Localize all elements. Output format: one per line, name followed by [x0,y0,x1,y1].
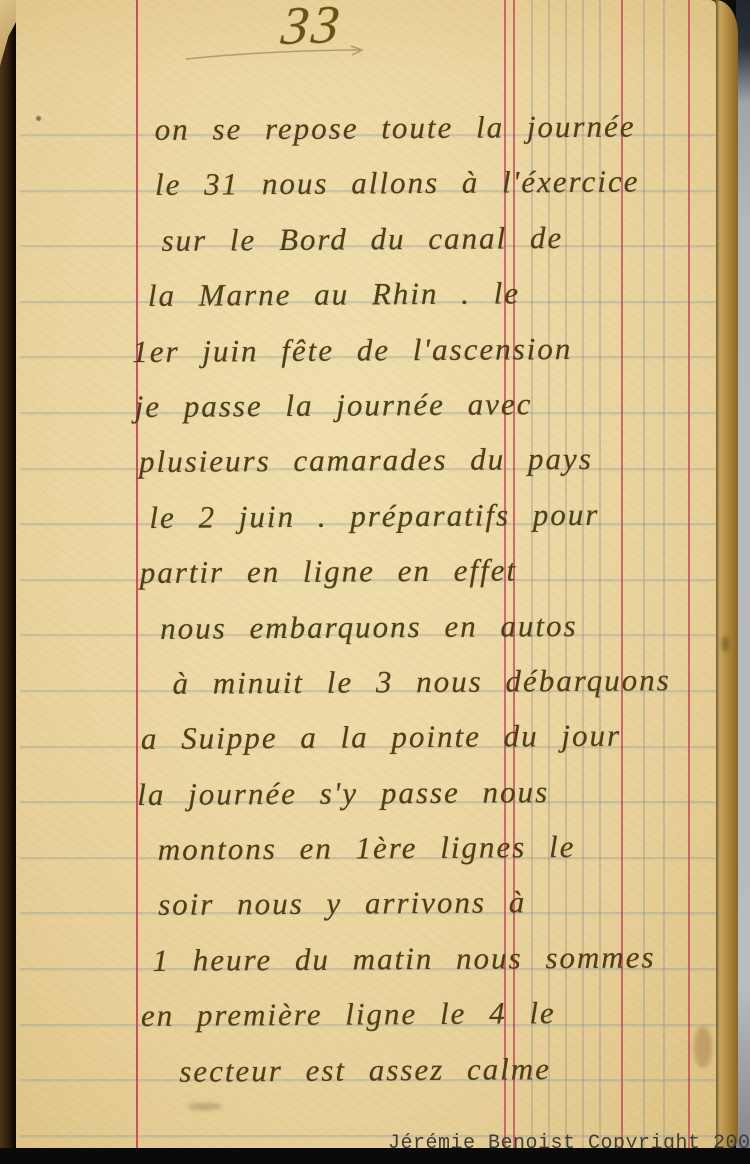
handwritten-line: le 2 juin . préparatifs pour [149,486,709,545]
handwritten-line: on se repose toute la journée [155,98,707,157]
handwritten-line: la journée s'y passe nous [137,763,711,822]
paper-speck [36,116,41,121]
handwritten-line: en première ligne le 4 le [141,984,713,1043]
handwritten-line: 1er juin fête de l'ascension [132,320,708,379]
handwritten-line: soir nous y arrivons à [158,874,712,933]
paper-smudge [188,1103,222,1110]
handwritten-line: secteur est assez calme [179,1040,713,1099]
handwritten-line: à minuit le 3 nous débarquons [172,652,710,711]
handwritten-line: nous embarquons en autos [160,597,710,656]
handwritten-line: je passe la journée avec [134,375,708,434]
handwritten-line: la Marne au Rhin . le [148,264,708,323]
handwritten-line: sur le Bord du canal de [161,209,707,268]
handwritten-line: plusieurs camarades du pays [139,430,709,489]
handwritten-line: le 31 nous allons à l'éxercice [155,153,707,212]
handwritten-line: 1 heure du matin nous sommes [152,929,712,988]
handwritten-line: montons en 1ère lignes le [158,818,712,877]
binding-edge [0,0,17,1150]
red-rule-line [136,0,138,1148]
handwritten-line: a Suippe a la pointe du jour [141,707,711,766]
notebook-page-scan: 33 on se repose toute la journée le 31 n… [0,0,750,1164]
handwritten-text-block: on se repose toute la journée le 31 nous… [147,98,714,1099]
handwritten-line: partir en ligne en effet [140,541,710,600]
scan-bottom-edge [0,1148,750,1164]
page-number: 33 [279,0,346,57]
scanner-background [736,0,750,1150]
edge-fleck [722,636,729,652]
